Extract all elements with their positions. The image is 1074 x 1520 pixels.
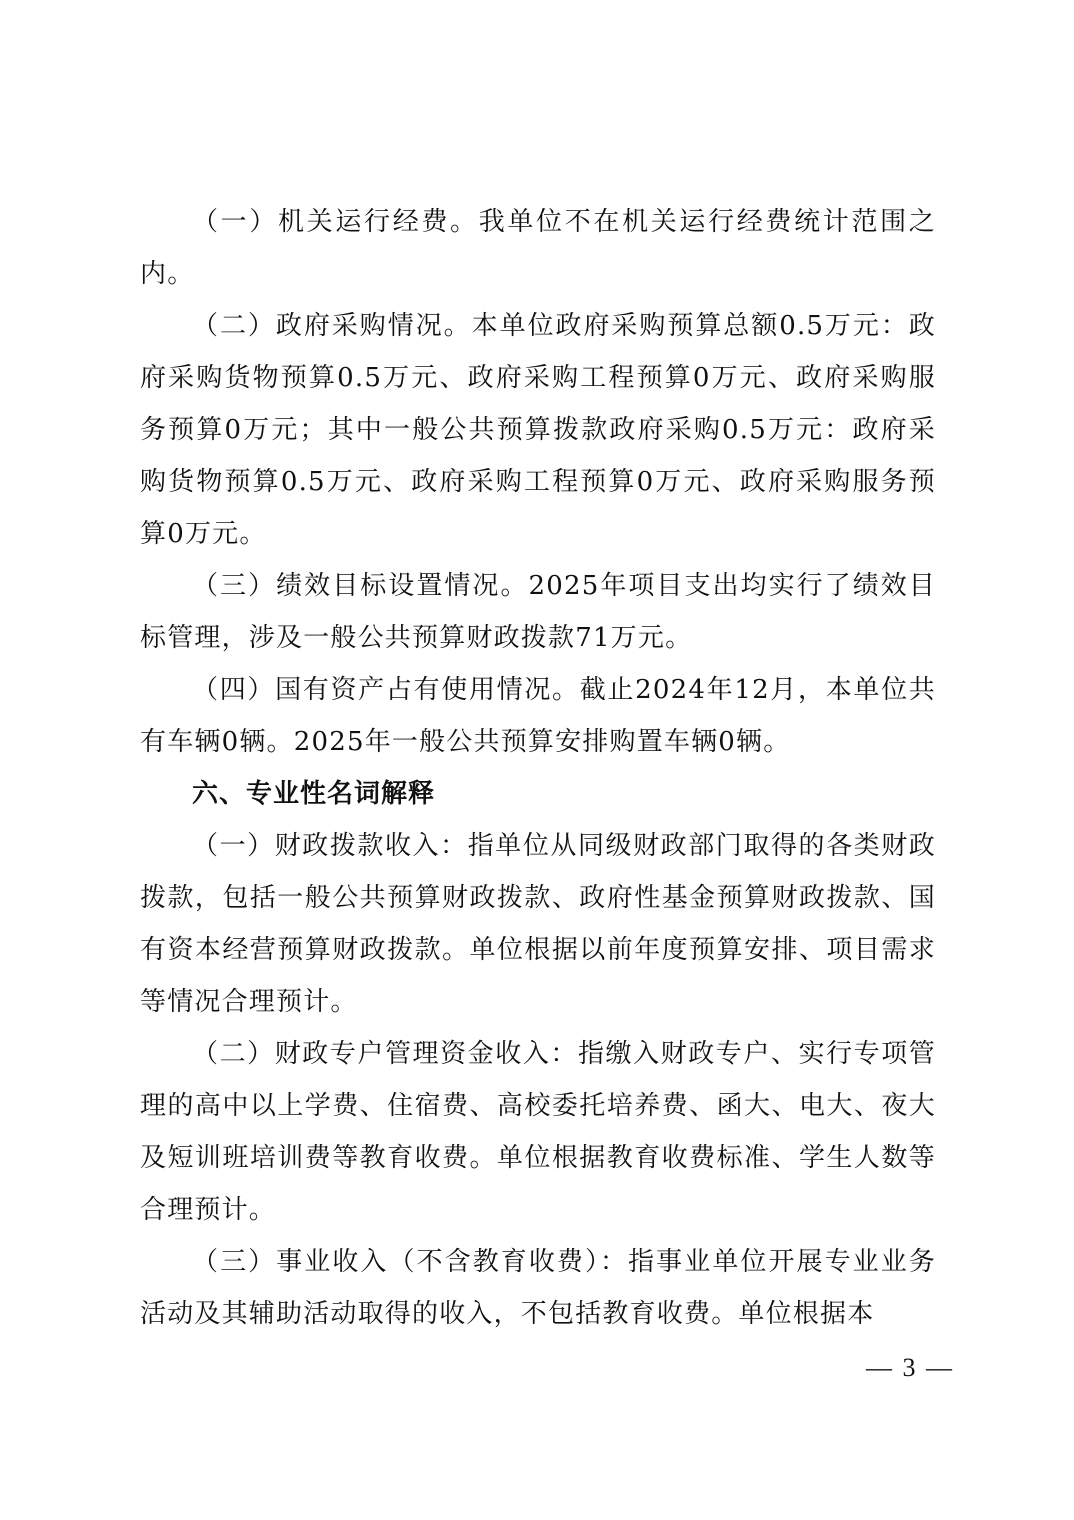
paragraph-lead: （一）机关运行经费。 [192,207,479,237]
paragraph-lead: （三）绩效目标设置情况。 [192,571,529,601]
paragraph-lead: （四）国有资产占有使用情况。 [192,675,580,705]
paragraph-procurement: （二）政府采购情况。本单位政府采购预算总额0.5万元：政府采购货物预算0.5万元… [140,300,936,560]
definition-term: （三）事业收入（不含教育收费）： [192,1247,628,1277]
section-heading: 六、专业性名词解释 [140,768,936,820]
paragraph-admin-expenses: （一）机关运行经费。我单位不在机关运行经费统计范围之内。 [140,196,936,300]
paragraph-performance-goals: （三）绩效目标设置情况。2025年项目支出均实行了绩效目标管理，涉及一般公共预算… [140,560,936,664]
paragraph-lead: （二）政府采购情况。 [192,311,472,341]
definition-term: （一）财政拨款收入： [192,831,468,861]
paragraph-state-assets: （四）国有资产占有使用情况。截止2024年12月，本单位共有车辆0辆。2025年… [140,664,936,768]
definition-fiscal-appropriation: （一）财政拨款收入：指单位从同级财政部门取得的各类财政拨款，包括一般公共预算财政… [140,820,936,1028]
document-page: （一）机关运行经费。我单位不在机关运行经费统计范围之内。 （二）政府采购情况。本… [140,196,936,1340]
page-number: — 3 — [866,1353,954,1383]
definition-term: （二）财政专户管理资金收入： [192,1039,578,1069]
definition-special-account: （二）财政专户管理资金收入：指缴入财政专户、实行专项管理的高中以上学费、住宿费、… [140,1028,936,1236]
paragraph-text: 本单位政府采购预算总额0.5万元：政府采购货物预算0.5万元、政府采购工程预算0… [140,311,936,549]
definition-business-income: （三）事业收入（不含教育收费）：指事业单位开展专业业务活动及其辅助活动取得的收入… [140,1236,936,1340]
